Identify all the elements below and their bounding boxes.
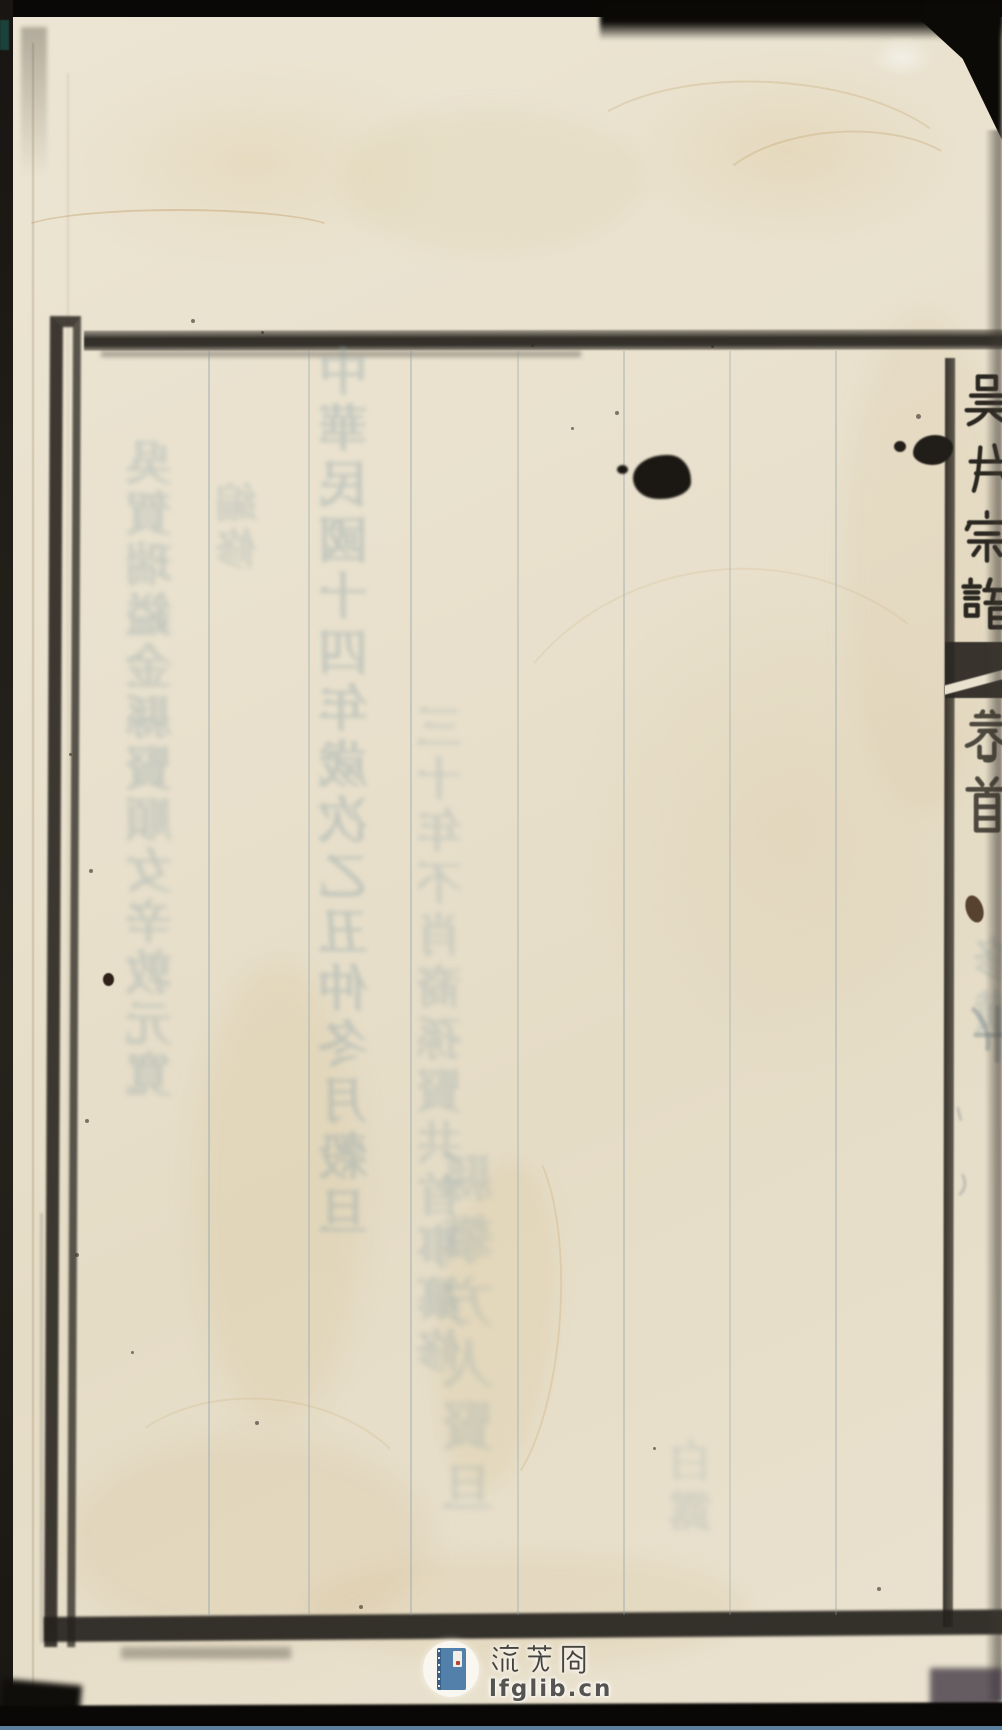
book-spine-chip bbox=[0, 20, 9, 50]
bleed-text-column: 吳賀瑞鎰金縣賢順女辛敦元寬 bbox=[119, 438, 186, 1101]
column-rule-line bbox=[308, 351, 310, 1615]
column-rule-line bbox=[835, 351, 837, 1615]
frame-top-border bbox=[84, 329, 1002, 350]
ink-smudge bbox=[101, 351, 581, 357]
foxing-speck bbox=[711, 345, 714, 348]
bleed-text-column: 編修 bbox=[209, 481, 269, 573]
frame-right-border bbox=[943, 358, 955, 1627]
foxing-speck bbox=[877, 1587, 881, 1591]
stain-edge-line bbox=[90, 1384, 433, 1636]
foxing-speck bbox=[191, 319, 195, 323]
foxing-speck bbox=[131, 1351, 134, 1354]
frame-bottom-border bbox=[44, 1609, 1002, 1642]
foxing-speck bbox=[69, 753, 72, 756]
ink-blot bbox=[633, 455, 691, 499]
bleed-text-column: 白露 bbox=[663, 1438, 727, 1538]
bleed-text-column: 中華民國十四年歲次乙丑仲冬月穀旦 bbox=[311, 346, 383, 1242]
ink-smudge bbox=[121, 1647, 291, 1659]
faint-ink-mark bbox=[953, 1105, 977, 1141]
foxing-speck bbox=[75, 1253, 79, 1257]
gutter-shadow bbox=[21, 27, 47, 177]
paper-sheet: 中華民國十四年歲次乙丑仲冬月穀旦吳賀瑞鎰金縣賢順女辛敦元寬三十年不肖裔孫賢共首事… bbox=[11, 13, 1002, 1713]
foxing-speck bbox=[261, 331, 264, 334]
stain-edge-line bbox=[423, 1129, 573, 1502]
foxing-speck bbox=[571, 427, 574, 430]
column-rule-line bbox=[517, 351, 519, 1615]
foxing-speck bbox=[615, 411, 619, 415]
watermark-url: lfglib.cn bbox=[489, 1676, 612, 1702]
ink-blot bbox=[617, 465, 628, 474]
foxing-spot bbox=[103, 973, 114, 986]
foxing-speck bbox=[89, 869, 93, 873]
foxing-speck bbox=[916, 414, 921, 419]
book-icon-seal bbox=[456, 1661, 460, 1665]
foxing-speck bbox=[359, 1605, 363, 1609]
faint-ink-mark bbox=[957, 1165, 981, 1215]
bottom-blue-line bbox=[0, 1726, 1002, 1730]
ink-blot-on-border bbox=[894, 441, 906, 452]
stain-edge-line bbox=[452, 542, 1002, 1079]
column-rule-line bbox=[208, 351, 210, 1615]
foxing-speck bbox=[531, 344, 534, 347]
glare-highlight bbox=[858, 28, 946, 86]
frame-left-border bbox=[44, 316, 81, 1647]
foxing-speck bbox=[653, 1447, 656, 1450]
column-rule-line bbox=[623, 351, 625, 1615]
water-stain bbox=[196, 963, 361, 1423]
photo-edge-right bbox=[985, 130, 1002, 1700]
gutter-shadow bbox=[40, 1213, 43, 1643]
scanned-page-photo: 中華民國十四年歲次乙丑仲冬月穀旦吳賀瑞鎰金縣賢順女辛敦元寬三十年不肖裔孫賢共首事… bbox=[0, 0, 1002, 1730]
column-rule-line bbox=[729, 351, 731, 1615]
column-rule-line bbox=[410, 351, 412, 1615]
page-edge-line bbox=[32, 43, 34, 1708]
foxing-speck bbox=[255, 1421, 259, 1425]
stain-edge-line bbox=[17, 209, 339, 255]
book-icon-stitches bbox=[438, 1650, 440, 1688]
photo-edge-left bbox=[0, 0, 13, 1730]
foxing-speck bbox=[85, 1119, 89, 1123]
